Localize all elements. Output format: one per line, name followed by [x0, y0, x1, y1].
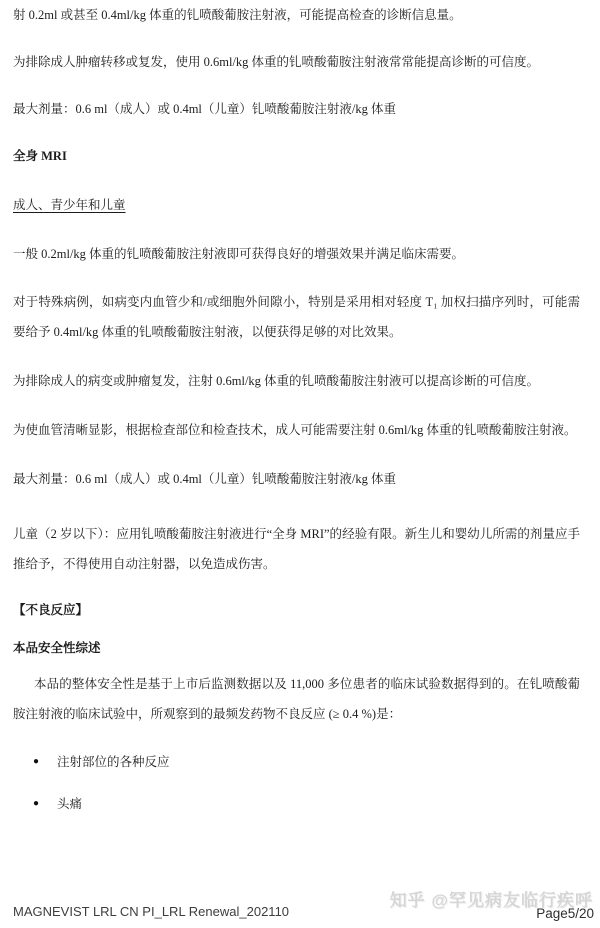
- heading-adverse-reactions: 【不良反应】: [13, 595, 580, 625]
- paragraph-children-under-2: 儿童（2 岁以下）：应用钆喷酸葡胺注射液进行“全身 MRI”的经验有限。新生儿和…: [13, 519, 580, 579]
- bullet-item-headache: ● 头痛: [33, 789, 580, 819]
- bullet-text: 头痛: [57, 789, 580, 819]
- paragraph-max-dose-1: 最大剂量：0.6 ml（成人）或 0.4ml（儿童）钆喷酸葡胺注射液/kg 体重: [13, 94, 580, 124]
- paragraph-max-dose-2: 最大剂量：0.6 ml（成人）或 0.4ml（儿童）钆喷酸葡胺注射液/kg 体重: [13, 464, 580, 494]
- document-page: 射 0.2ml 或甚至 0.4ml/kg 体重的钆喷酸葡胺注射液，可能提高检查的…: [13, 0, 580, 836]
- paragraph-vascular-imaging: 为使血管清晰显影，根据检查部位和检查技术，成人可能需要注射 0.6ml/kg 体…: [13, 415, 580, 445]
- paragraph-safety-overview: 本品的整体安全性是基于上市后监测数据以及 11,000 多位患者的临床试验数据得…: [13, 669, 580, 729]
- paragraph-general-dose: 一般 0.2ml/kg 体重的钆喷酸葡胺注射液即可获得良好的增强效果并满足临床需…: [13, 239, 580, 269]
- page-number: Page5/20: [536, 906, 594, 921]
- paragraph-exclude-metastasis: 为排除成人肿瘤转移或复发，使用 0.6ml/kg 体重的钆喷酸葡胺注射液常常能提…: [13, 47, 580, 77]
- footer-document-id: MAGNEVIST LRL CN PI_LRL Renewal_202110: [13, 904, 289, 919]
- bullet-text: 注射部位的各种反应: [57, 747, 580, 777]
- paragraph-special-cases: 对于特殊病例，如病变内血管少和/或细胞外间隙小，特别是采用相对轻度 T₁ 加权扫…: [13, 287, 580, 347]
- bullet-icon: ●: [33, 747, 57, 777]
- paragraph-dose-continued: 射 0.2ml 或甚至 0.4ml/kg 体重的钆喷酸葡胺注射液，可能提高检查的…: [13, 0, 580, 30]
- heading-whole-body-mri: 全身 MRI: [13, 141, 580, 171]
- heading-adults-adolescents-children: 成人、青少年和儿童: [13, 190, 580, 220]
- heading-safety-summary: 本品安全性综述: [13, 633, 580, 663]
- bullet-icon: ●: [33, 789, 57, 819]
- paragraph-exclude-recurrence: 为排除成人的病变或肿瘤复发，注射 0.6ml/kg 体重的钆喷酸葡胺注射液可以提…: [13, 366, 580, 396]
- bullet-item-injection-site: ● 注射部位的各种反应: [33, 747, 580, 777]
